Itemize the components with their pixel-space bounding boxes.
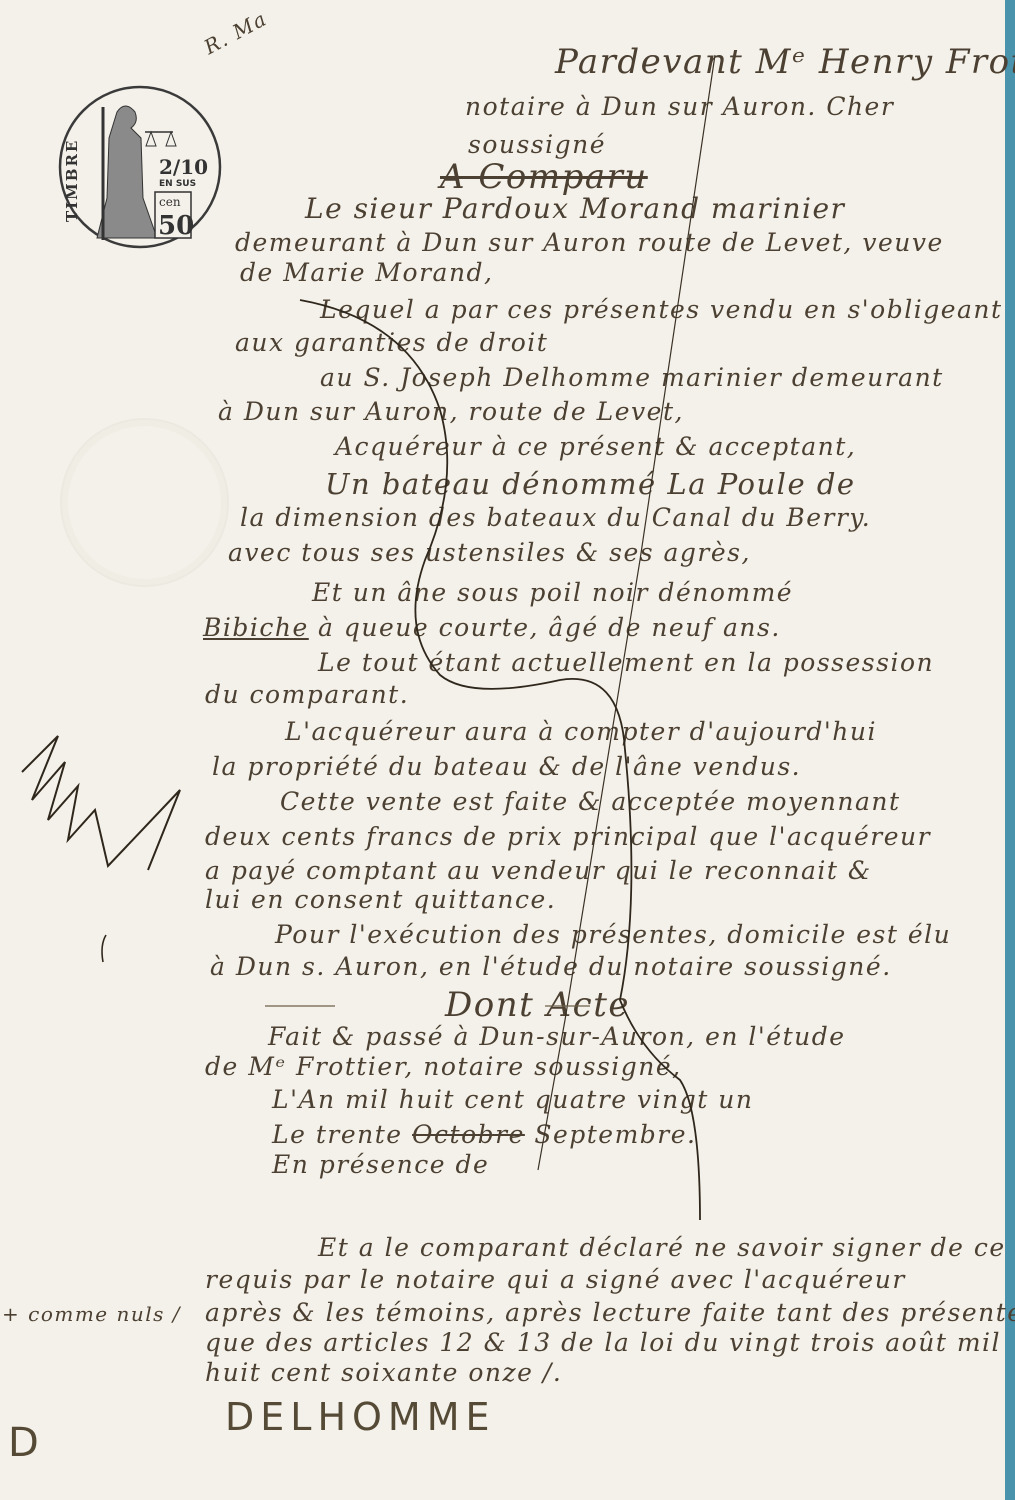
signature-scribble-left [22,736,180,870]
cancellation-strokes [0,0,1015,1500]
